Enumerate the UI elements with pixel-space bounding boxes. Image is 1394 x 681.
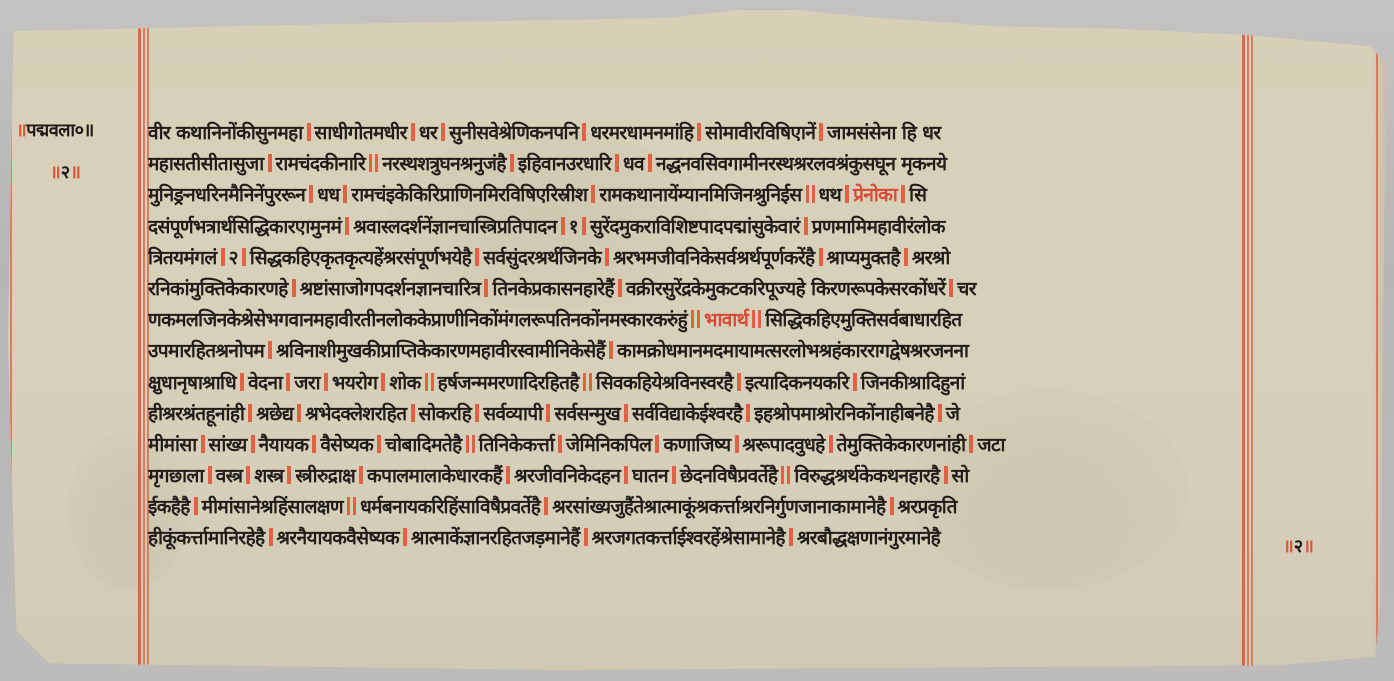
danda-mark [441, 123, 445, 141]
danda-mark [510, 154, 514, 172]
danda-mark [201, 435, 205, 453]
danda-mark [377, 435, 381, 453]
danda-mark [411, 123, 415, 141]
danda-mark [746, 404, 750, 422]
danda-mark [584, 528, 588, 546]
danda-mark [312, 435, 316, 453]
line-text: सर्वव्यापी [483, 403, 542, 425]
danda-mark [845, 185, 849, 203]
line-text: क्षुधानृषाश्राधि [148, 372, 236, 394]
line-text: महासतीसीतासुजा [148, 153, 264, 175]
title-danda-open: ॥ [16, 120, 26, 141]
danda-mark [949, 279, 953, 297]
line-text: १ [569, 216, 578, 238]
danda-mark [615, 154, 619, 172]
danda-mark [309, 185, 313, 203]
line-text: सिद्धिकहिएमुक्तिसर्वबाधारहित [765, 309, 961, 331]
danda-mark [648, 154, 652, 172]
line-text: हीश्ररश्रंतहूनांही [148, 403, 244, 425]
line-text: ईकहैहै [148, 496, 190, 518]
line-text: चोबादिमतेहै [385, 434, 461, 456]
line-text: रामचंइकेकिरिप्राणिनमिरविषिएरिस्रीश [351, 184, 587, 206]
line-text: धरमरधामनमांहि [590, 122, 693, 144]
danda-mark [582, 217, 586, 235]
line-text: धध [317, 184, 339, 206]
line-text: वैसेष्यक [320, 434, 373, 456]
line-text: जेमिनिकपिल [566, 434, 651, 456]
line-text: श्राप्यमुक्तहै [827, 247, 900, 269]
danda-mark [806, 185, 815, 203]
line-text: सोमावीरविषिएानें [705, 122, 815, 144]
danda-mark [737, 373, 741, 391]
line-text: रामचंदकीनारि [276, 153, 366, 175]
danda-mark [345, 217, 349, 235]
danda-mark [240, 373, 244, 391]
line-text: कणाजिष्य [663, 434, 730, 456]
line-text: सांख्य [209, 434, 247, 456]
manuscript-line: णकमलजिनकेश्रेसेभगवानमहावीरतीनलोककेप्राणी… [148, 305, 1240, 336]
line-text: विरुद्धश्रर्थकेकथनहारहै [794, 465, 939, 487]
line-text: कामक्रोधमानमदमायामत्सरलोभश्रहंकाररागद्वे… [617, 340, 968, 362]
line-text: छेदनविषैप्रवर्तेहै [680, 465, 777, 487]
danda-mark [609, 341, 613, 359]
danda-mark [286, 373, 290, 391]
line-text: शस्त्र [254, 465, 283, 487]
line-text: धर्मबनायकरिहिंसाविषैप्रवर्तेहै [360, 496, 540, 518]
left-ruling-line-1 [138, 10, 141, 670]
danda-mark [194, 497, 198, 515]
danda-mark [242, 248, 246, 266]
line-text: श्ररजगतकर्त्ताईश्वरहेंश्रेसामानेहै [592, 527, 785, 549]
line-text: वस्त्र [216, 465, 243, 487]
danda-mark [819, 123, 823, 141]
danda-mark [544, 497, 548, 515]
rubric-text: प्रेनोका [853, 184, 897, 206]
manuscript-line: वीर कथानिनोंकीसुनमहासाधीगोतमधीरधरसुनीसवे… [148, 118, 1240, 149]
danda-mark [804, 217, 808, 235]
danda-mark [752, 310, 761, 328]
danda-mark [425, 373, 434, 391]
line-text: दसंपूर्णभत्रार्थसिद्धिकारएामुनमं [148, 216, 341, 238]
manuscript-line: दसंपूर्णभत्रार्थसिद्धिकारएामुनमंश्रवास्ल… [148, 212, 1240, 243]
line-text: तेमुक्तिकेकारणनांही [837, 434, 966, 456]
danda-mark [697, 123, 701, 141]
line-text: सुरेंदमुकराविशिष्टपादपद्मांसुकेवारं [590, 216, 800, 238]
line-text: श्रष्टांसाजोगपदर्शनज्ञानचारित्र [300, 278, 481, 300]
manuscript-line: क्षुधानृषाश्राधिवेदनाजराभयरोगशोकहर्षजन्म… [148, 368, 1240, 399]
rubric-text: भावार्थ [704, 309, 748, 331]
line-text: श्ररूपादवुधहे [743, 434, 825, 456]
line-text: श्रविनाशीमुखकीप्राप्तिकेकारणमहावीरस्वामी… [276, 340, 605, 362]
line-text: उपमारहितश्रनोपम [148, 340, 264, 362]
danda-mark [268, 341, 272, 359]
line-text: श्ररभमजीवनिकेसर्वश्रर्थपूर्णकरेंहै [613, 247, 814, 269]
line-text: मीमांसानेश्रहिंसालक्षण [202, 496, 343, 518]
line-text: जे [946, 403, 960, 425]
danda-mark [269, 528, 273, 546]
line-text: भयरोग [332, 372, 377, 394]
danda-mark [251, 435, 255, 453]
line-text: सर्वसन्मुख [554, 403, 620, 425]
danda-mark [781, 466, 790, 484]
danda-mark [735, 435, 739, 453]
danda-mark [403, 528, 407, 546]
manuscript-line: मीमांसासांख्यनैयायकवैसेष्यकचोबादिमतेहैति… [148, 430, 1240, 461]
line-text: कपालमालाकेधारकहैं [367, 465, 502, 487]
danda-mark [369, 154, 378, 172]
manuscript-line: मृगछालावस्त्रशस्त्रस्त्रीरुद्राक्षकपालमा… [148, 461, 1240, 492]
manuscript-line: महासतीसीतासुजारामचंदकीनारिनरस्थशत्रुघनश्… [148, 149, 1240, 180]
line-text: धथ [819, 184, 842, 206]
danda-mark [292, 279, 296, 297]
danda-mark [901, 185, 905, 203]
manuscript-line: त्रितयमंगलं२सिद्धकहिएकृतकृत्यहेंश्ररसंपू… [148, 243, 1240, 274]
line-text: धव [623, 153, 644, 175]
line-text: इहश्रोपमाश्रोरनिकोंनाहीबनेहै [754, 403, 934, 425]
line-text: श्रात्माकेंज्ञानरहितजड़मानेहैं [411, 527, 580, 549]
title-text: पद्मवला [26, 120, 74, 141]
left-folio-number: ॥२॥ [50, 160, 81, 184]
danda-mark [359, 466, 363, 484]
danda-mark [829, 435, 833, 453]
danda-mark [655, 435, 659, 453]
danda-mark [969, 435, 973, 453]
danda-mark [624, 466, 628, 484]
danda-mark [248, 404, 252, 422]
line-text: सोकरहि [419, 403, 472, 425]
danda-mark [890, 497, 894, 515]
line-text: मुनिङ्रनधरिनमैनिनेंपुररून [148, 184, 305, 206]
line-text: सर्वविद्याकेईश्वरहै [632, 403, 742, 425]
line-text: सि [909, 184, 926, 206]
manuscript-line: रनिकांमुक्तिकेकारणहेश्रष्टांसाजोगपदर्शनज… [148, 274, 1240, 305]
danda-mark [618, 279, 622, 297]
title-danda-close: ०॥ [75, 120, 94, 141]
danda-mark [944, 466, 948, 484]
manuscript-line: ईकहैहैमीमांसानेश्रहिंसालक्षणधर्मबनायकरिह… [148, 492, 1240, 523]
line-text: श्ररश्रो [912, 247, 950, 269]
line-text: शोक [389, 372, 420, 394]
line-text: तिनिकेकर्त्ता [479, 434, 554, 456]
line-text: वक्रीरसुरेंद्रकेमुकटकरिपूज्यहे किरणरूपके… [626, 278, 945, 300]
manuscript-line: हीकूंकर्त्तामानिरहेहैश्ररनैयायकवैसेष्यकश… [148, 523, 1240, 554]
danda-mark [583, 373, 592, 391]
line-text: सो [952, 465, 969, 487]
danda-mark [324, 373, 328, 391]
danda-mark [466, 435, 475, 453]
line-text: सुनीसवेश्रेणिकनपनि [449, 122, 578, 144]
danda-mark [297, 404, 301, 422]
line-text: श्ररसांख्यजुहैंतेश्रात्माकूंश्रकर्त्ताश्… [552, 496, 885, 518]
line-text: हीकूंकर्त्तामानिरहेहै [148, 527, 265, 549]
line-text: श्ररप्रकृति [898, 496, 957, 518]
danda-mark [591, 185, 595, 203]
line-text: णकमलजिनकेश्रेसेभगवानमहावीरतीनलोककेप्राणी… [148, 309, 687, 331]
line-text: नद्धनवसिवगामीनरस्थश्ररलवश्रंकुसघून मृकनय… [656, 153, 946, 175]
line-text: २ [229, 247, 238, 269]
line-text: वेदना [248, 372, 282, 394]
danda-mark [624, 404, 628, 422]
margin-title: ॥पद्मवला०॥ [16, 118, 94, 142]
manuscript-line: हीश्ररश्रंतहूनांहीश्रछेद्यश्रभेदक्लेशरहि… [148, 399, 1240, 430]
danda-mark [819, 248, 823, 266]
line-text: चर [957, 278, 976, 300]
line-text: सिद्धकहिएकृतकृत्यहेंश्ररसंपूर्णभयेहै [250, 247, 471, 269]
danda-mark [672, 466, 676, 484]
danda-mark [208, 466, 212, 484]
danda-mark [347, 497, 356, 515]
right-folio-number: ॥२॥ [1283, 534, 1314, 558]
line-text: सिवकहियेश्रविनस्वरहै [596, 372, 733, 394]
danda-mark [307, 123, 311, 141]
manuscript-text-block: वीर कथानिनोंकीसुनमहासाधीगोतमधीरधरसुनीसवे… [148, 118, 1240, 555]
line-text: साधीगोतमधीर [315, 122, 407, 144]
right-ruling-line-2 [1247, 10, 1249, 670]
line-text: श्रछेद्य [256, 403, 293, 425]
danda-mark [381, 373, 385, 391]
right-ruling-line-1 [1242, 10, 1245, 670]
left-ruling-line-2 [143, 10, 145, 670]
manuscript-line: उपमारहितश्रनोपमश्रविनाशीमुखकीप्राप्तिकेक… [148, 336, 1240, 367]
line-text: श्रवास्लदर्शनेंज्ञानचास्त्रिप्रतिपादन [353, 216, 557, 238]
danda-mark [546, 404, 550, 422]
line-text: स्त्रीरुद्राक्ष [295, 465, 355, 487]
line-text: तिनकेप्रकासनहारेहैं [492, 278, 613, 300]
danda-mark [582, 123, 586, 141]
line-text: धर [419, 122, 437, 144]
line-text: रनिकांमुक्तिकेकारणहे [148, 278, 288, 300]
danda-mark [938, 404, 942, 422]
danda-mark [221, 248, 225, 266]
line-text: जिनकीश्रादिहुनां [861, 372, 965, 394]
line-text: सर्वसुंदरश्रर्थजिनके [483, 247, 601, 269]
danda-mark [343, 185, 347, 203]
line-text: जरा [294, 372, 320, 394]
danda-mark [691, 310, 700, 328]
danda-mark [904, 248, 908, 266]
danda-mark [506, 466, 510, 484]
danda-mark [558, 435, 562, 453]
line-text: इहिवानउरधारि [518, 153, 611, 175]
line-text: श्रभेदक्लेशरहित [305, 403, 406, 425]
line-text: घातन [632, 465, 668, 487]
danda-mark [484, 279, 488, 297]
right-ruling-line-3 [1251, 10, 1253, 670]
line-text: मृगछाला [148, 465, 204, 487]
danda-mark [475, 248, 479, 266]
line-text: जटा [977, 434, 1004, 456]
danda-mark [287, 466, 291, 484]
danda-mark [268, 154, 272, 172]
line-text: त्रितयमंगलं [148, 247, 217, 269]
danda-mark [475, 404, 479, 422]
line-text: वीर कथानिनोंकीसुनमहा [148, 122, 303, 144]
line-text: प्रणमामिमहावीरंलोक [812, 216, 945, 238]
danda-mark [853, 373, 857, 391]
line-text: इत्यादिकनयकरि [745, 372, 849, 394]
line-text: श्ररजीवनिकेदहन [514, 465, 620, 487]
line-text: नैयायक [259, 434, 309, 456]
danda-mark [789, 528, 793, 546]
line-text: रामकथानायेंम्यानमिजिनश्रुनिर्ईस [599, 184, 801, 206]
danda-mark [605, 248, 609, 266]
line-text: मीमांसा [148, 434, 197, 456]
danda-mark [561, 217, 565, 235]
danda-mark [246, 466, 250, 484]
line-text: जामसंसेना हि धर [827, 122, 940, 144]
danda-mark [411, 404, 415, 422]
manuscript-line: मुनिङ्रनधरिनमैनिनेंपुररूनधधरामचंइकेकिरिप… [148, 180, 1240, 211]
line-text: श्ररबौद्धक्षणानंगुरमानेहै [797, 527, 940, 549]
line-text: श्ररनैयायकवैसेष्यक [277, 527, 400, 549]
line-text: नरस्थशत्रुघनश्रनुजंहै [382, 153, 506, 175]
line-text: हर्षजन्ममरणादिरहितहै [438, 372, 579, 394]
